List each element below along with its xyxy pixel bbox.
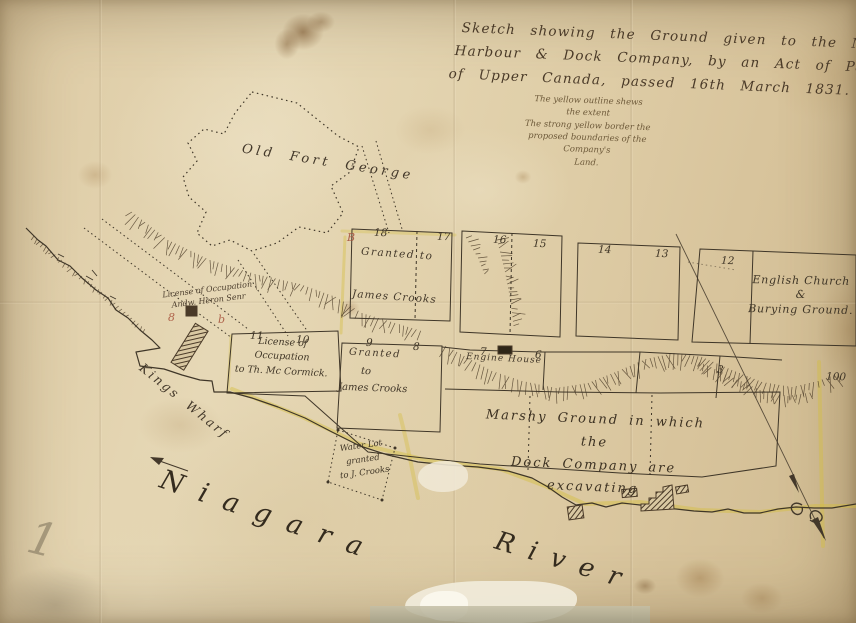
lot-number-16: 16 — [493, 234, 507, 246]
kings-wharf-building — [171, 323, 208, 370]
paper-tear-shore — [418, 461, 468, 492]
red-mark-B: B — [347, 231, 355, 244]
paper-edge-strip — [370, 606, 650, 623]
map-legend-note: The yellow outline shews the extent The … — [499, 92, 676, 172]
mccormick-license-label: License of Occupation to Th. Mc Cormick. — [229, 333, 335, 381]
shore-scribbles — [58, 254, 116, 299]
lot-number-10: 10 — [296, 334, 310, 346]
lot-number-7: 7 — [480, 346, 487, 358]
lot-number-100: 100 — [826, 371, 846, 384]
granted-crooks-lower-line2: to — [361, 366, 372, 378]
lot-number-13: 13 — [655, 248, 669, 260]
engine-row-dividers — [543, 352, 720, 398]
marshy-ground-label: Marshy Ground in which the Dock Company … — [464, 404, 724, 506]
map-document: Sketch showing the Ground given to the N… — [0, 0, 856, 623]
red-mark-8: 8 — [168, 311, 175, 324]
lot-divider-18-17 — [415, 231, 417, 320]
lot-block-18-17 — [350, 229, 452, 321]
lot-number-9: 9 — [366, 337, 373, 349]
english-church-label: English Church & Burying Ground. — [744, 273, 856, 318]
lot-number-12: 12 — [721, 255, 735, 267]
lot-number-11: 11 — [250, 330, 264, 342]
fort-outline — [183, 92, 359, 251]
church-line1: English Church — [744, 273, 856, 289]
lot-number-8: 8 — [413, 341, 420, 353]
lot-number-3: 3 — [717, 364, 724, 376]
lot-divider-16-15 — [510, 233, 512, 335]
lot-number-18: 18 — [374, 227, 388, 239]
lot-block-16-15 — [460, 231, 562, 337]
lot-number-15: 15 — [533, 238, 547, 250]
church-line2: Burying Ground. — [744, 302, 856, 318]
lot-number-14: 14 — [598, 244, 612, 256]
red-mark-b: b — [218, 313, 225, 326]
lot-number-6: 6 — [535, 349, 542, 361]
lot-number-17: 17 — [437, 231, 451, 243]
